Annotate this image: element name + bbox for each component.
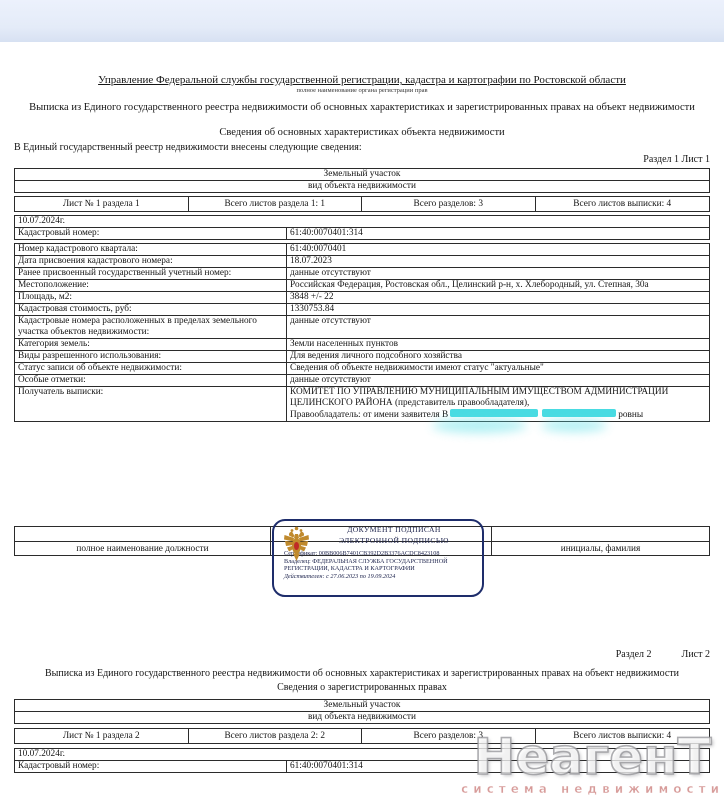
viewer-top-band — [0, 0, 724, 42]
row-value: данные отсутствуют — [287, 316, 709, 338]
extract-date: 10.07.2024г. — [15, 216, 709, 227]
section2-extract-title: Выписка из Единого государственного реес… — [14, 668, 710, 679]
table-row: Земельный участок — [15, 700, 709, 711]
extract-date: 10.07.2024г. — [15, 749, 709, 760]
section2-heading: Сведения о зарегистрированных правах — [14, 682, 710, 693]
document-page: Управление Федеральной службы государств… — [0, 74, 724, 773]
sheet-info-row-2: Лист № 1 раздела 2 Всего листов раздела … — [14, 728, 710, 744]
stamp-line2: ЭЛЕКТРОННОЙ ПОДПИСЬЮ — [314, 535, 474, 546]
date-cadastral-table-2: 10.07.2024г. Кадастровый номер: 61:40:00… — [14, 748, 710, 773]
recipient-row: Получатель выписки: КОМИТЕТ ПО УПРАВЛЕНИ… — [15, 386, 709, 421]
section1-intro: В Единый государственный реестр недвижим… — [14, 142, 710, 153]
object-type-table-2: Земельный участок вид объекта недвижимос… — [14, 699, 710, 724]
row-value: 1330753.84 — [287, 304, 709, 315]
signature-block: полное наименование должности инициалы, … — [14, 526, 710, 556]
sheet-info-cell: Всего листов раздела 2: 2 — [189, 729, 363, 743]
characteristics-table: Номер кадастрового квартала: 61:40:00704… — [14, 243, 710, 422]
redaction-smudge — [432, 418, 527, 433]
row-label: Номер кадастрового квартала: — [15, 244, 287, 255]
section2-label-left: Раздел 2 — [616, 649, 652, 660]
table-row: Ранее присвоенный государственный учетны… — [15, 267, 709, 279]
row-label: Кадастровые номера расположенных в преде… — [15, 316, 287, 338]
recipient-line2-prefix: Правообладатель: от имени заявителя В — [290, 410, 448, 420]
coat-of-arms-icon — [283, 526, 310, 567]
row-label: Получатель выписки: — [15, 387, 287, 421]
sheet-info-cell: Всего разделов: 3 — [362, 197, 536, 211]
row-label: Статус записи об объекте недвижимости: — [15, 363, 287, 374]
sheet-info-cell: Лист № 1 раздела 1 — [15, 197, 189, 211]
sheet-info-cell: Всего разделов: 3 — [362, 729, 536, 743]
sheet-info-row: Лист № 1 раздела 1 Всего листов раздела … — [14, 196, 710, 212]
row-label: Дата присвоения кадастрового номера: — [15, 256, 287, 267]
row-value: Сведения об объекте недвижимости имеют с… — [287, 363, 709, 374]
org-subtitle: полное наименование органа регистрации п… — [14, 87, 710, 94]
signature-cell-empty — [492, 527, 709, 541]
recipient-line1: КОМИТЕТ ПО УПРАВЛЕНИЮ МУНИЦИПАЛЬНЫМ ИМУЩ… — [290, 387, 668, 408]
table-row: Кадастровый номер: 61:40:0070401:314 — [15, 227, 709, 239]
redaction-smudge — [541, 419, 607, 432]
table-row: Особые отметки: данные отсутствуют — [15, 374, 709, 386]
stamp-owner-line1: Владелец: ФЕДЕРАЛЬНАЯ СЛУЖБА ГОСУДАРСТВЕ… — [284, 558, 474, 566]
stamp-validity: Действителен: с 27.06.2023 по 19.09.2024 — [284, 573, 474, 581]
table-row: вид объекта недвижимости — [15, 711, 709, 723]
stamp-line1: ДОКУМЕНТ ПОДПИСАН — [314, 524, 474, 535]
stamp-certificate: Сертификат: 00BB006B7401CB392D2B3376ACDC… — [284, 550, 474, 558]
row-label: Особые отметки: — [15, 375, 287, 386]
table-row: 10.07.2024г. — [15, 749, 709, 760]
stamp-owner-line2: РЕГИСТРАЦИИ, КАДАСТРА И КАРТОГРАФИИ — [284, 565, 474, 573]
table-row: Статус записи об объекте недвижимости: С… — [15, 362, 709, 374]
object-type-caption: вид объекта недвижимости — [15, 181, 709, 192]
table-row: Кадастровый номер: 61:40:0070401:314 — [15, 760, 709, 772]
object-type: Земельный участок — [15, 169, 709, 180]
sheet-info-cell: Всего листов выписки: 4 — [536, 197, 710, 211]
recipient-line2-suffix: ровны — [618, 410, 643, 420]
extract-title: Выписка из Единого государственного реес… — [14, 102, 710, 113]
table-row: Местоположение: Российская Федерация, Ро… — [15, 279, 709, 291]
row-value: данные отсутствуют — [287, 268, 709, 279]
signature-position-caption: полное наименование должности — [15, 542, 271, 555]
row-value: Для ведения личного подсобного хозяйства — [287, 351, 709, 362]
object-type-table: Земельный участок вид объекта недвижимос… — [14, 168, 710, 193]
watermark-tagline: система недвижимости — [461, 782, 724, 796]
object-type-caption: вид объекта недвижимости — [15, 712, 709, 723]
section2-label: Раздел 2 Лист 2 — [14, 649, 710, 660]
stamp-header: ДОКУМЕНТ ПОДПИСАН ЭЛЕКТРОННОЙ ПОДПИСЬЮ — [314, 524, 474, 546]
redaction-bar — [450, 409, 538, 417]
row-value: 61:40:0070401 — [287, 244, 709, 255]
table-row: вид объекта недвижимости — [15, 180, 709, 192]
row-label: Категория земель: — [15, 339, 287, 350]
table-row: 10.07.2024г. — [15, 216, 709, 227]
sheet-info-cell: Лист № 1 раздела 2 — [15, 729, 189, 743]
row-value: 61:40:0070401:314 — [287, 761, 709, 772]
date-cadastral-table: 10.07.2024г. Кадастровый номер: 61:40:00… — [14, 215, 710, 240]
table-row: Категория земель: Земли населенных пункт… — [15, 338, 709, 350]
table-row: Номер кадастрового квартала: 61:40:00704… — [15, 244, 709, 255]
row-label: Кадастровый номер: — [15, 761, 287, 772]
sheet-info-cell: Всего листов раздела 1: 1 — [189, 197, 363, 211]
row-value: Земли населенных пунктов — [287, 339, 709, 350]
table-row: Кадастровая стоимость, руб: 1330753.84 — [15, 303, 709, 315]
row-label: Площадь, м2: — [15, 292, 287, 303]
table-row: Кадастровые номера расположенных в преде… — [15, 315, 709, 338]
object-type: Земельный участок — [15, 700, 709, 711]
row-label: Местоположение: — [15, 280, 287, 291]
row-value: данные отсутствуют — [287, 375, 709, 386]
table-row: Земельный участок — [15, 169, 709, 180]
row-value: 61:40:0070401:314 — [287, 228, 709, 239]
section1-heading: Сведения об основных характеристиках объ… — [14, 127, 710, 138]
table-row: Площадь, м2: 3848 +/- 22 — [15, 291, 709, 303]
redaction-bar — [542, 409, 616, 417]
recipient-value: КОМИТЕТ ПО УПРАВЛЕНИЮ МУНИЦИПАЛЬНЫМ ИМУЩ… — [287, 387, 709, 421]
section2-label-right: Лист 2 — [682, 649, 710, 660]
row-value: 3848 +/- 22 — [287, 292, 709, 303]
org-title: Управление Федеральной службы государств… — [14, 74, 710, 86]
digital-signature-stamp: ДОКУМЕНТ ПОДПИСАН ЭЛЕКТРОННОЙ ПОДПИСЬЮ С… — [272, 519, 484, 597]
row-label: Кадастровая стоимость, руб: — [15, 304, 287, 315]
row-value: Российская Федерация, Ростовская обл., Ц… — [287, 280, 709, 291]
row-label: Кадастровый номер: — [15, 228, 287, 239]
table-row: Виды разрешенного использования: Для вед… — [15, 350, 709, 362]
section1-label: Раздел 1 Лист 1 — [14, 154, 710, 165]
signature-name-caption: инициалы, фамилия — [492, 542, 709, 555]
table-row: Дата присвоения кадастрового номера: 18.… — [15, 255, 709, 267]
signature-cell-empty — [15, 527, 271, 541]
row-label: Виды разрешенного использования: — [15, 351, 287, 362]
sheet-info-cell: Всего листов выписки: 4 — [536, 729, 710, 743]
row-label: Ранее присвоенный государственный учетны… — [15, 268, 287, 279]
row-value: 18.07.2023 — [287, 256, 709, 267]
